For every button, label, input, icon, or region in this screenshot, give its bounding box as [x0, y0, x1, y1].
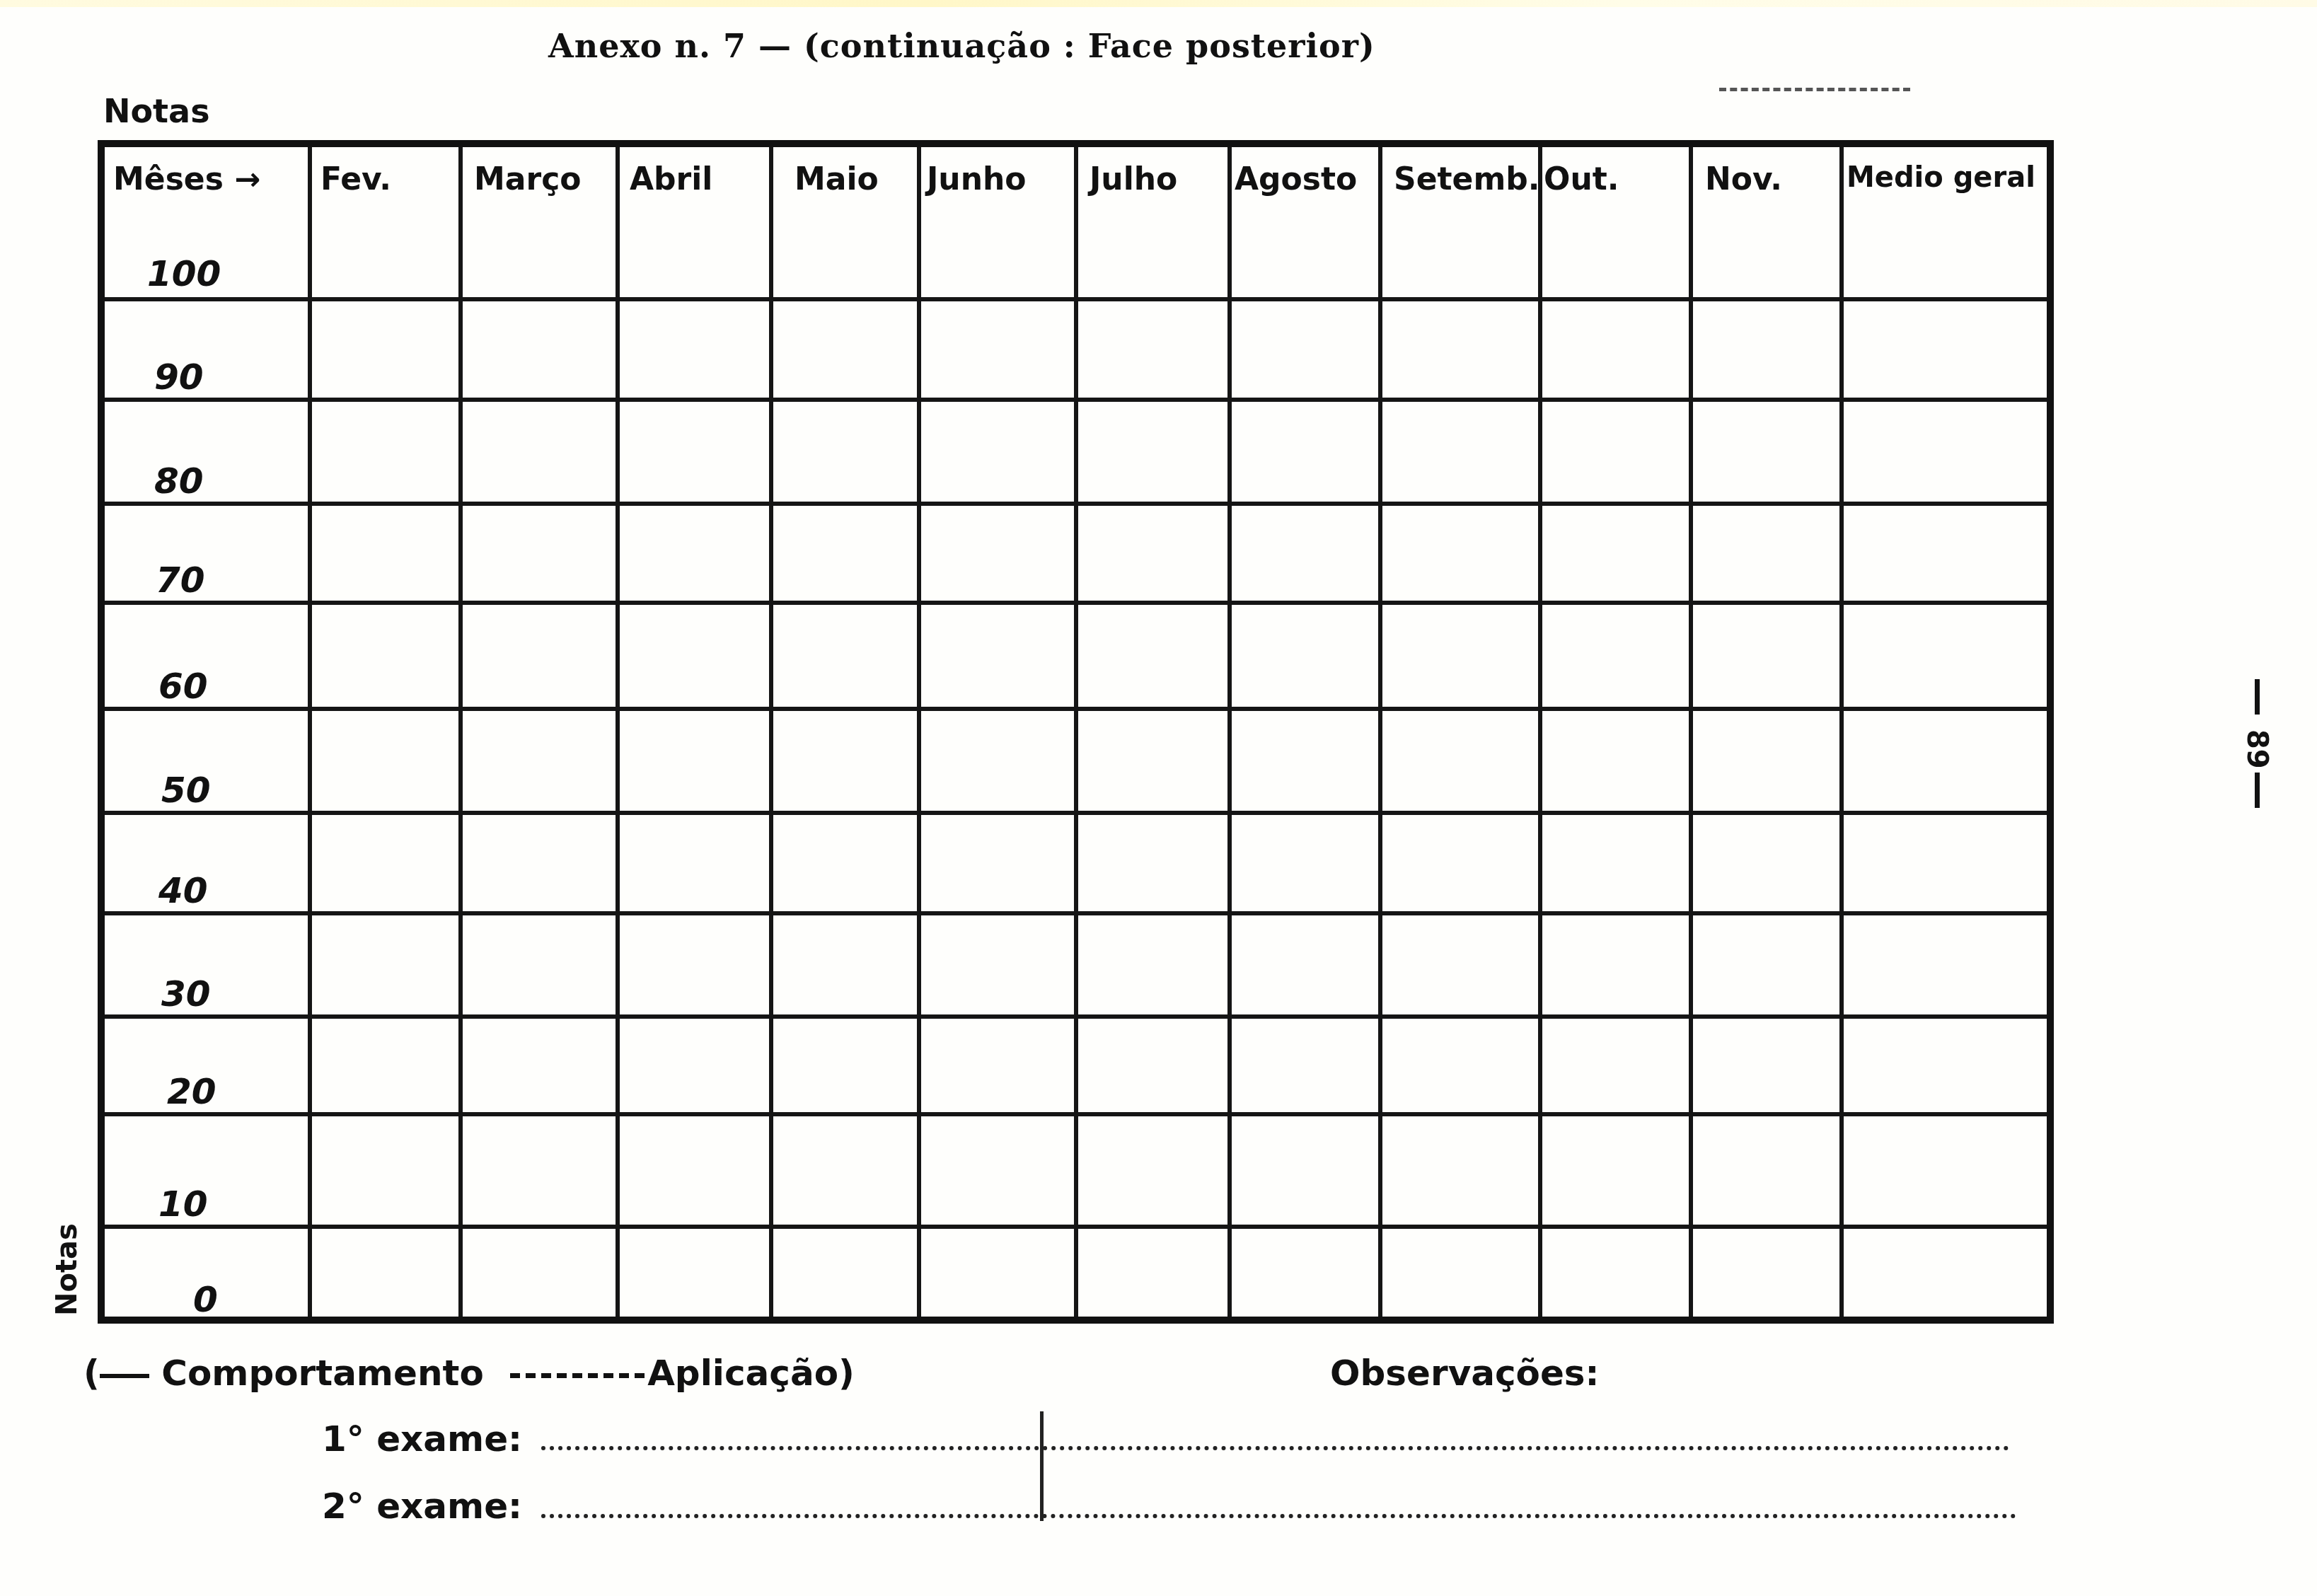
y-label-50: 50 [161, 770, 211, 811]
column-divider [1074, 147, 1078, 1317]
column-divider [458, 147, 463, 1317]
legend-comportamento: Comportamento [161, 1353, 483, 1394]
exam-divider [1040, 1411, 1044, 1521]
column-divider [769, 147, 773, 1317]
column-divider [1378, 147, 1382, 1317]
column-header-novembro: Nov. [1705, 161, 1782, 197]
column-divider [917, 147, 921, 1317]
column-header-agosto: Agosto [1235, 161, 1357, 197]
column-header-media-geral: Medio geral [1847, 161, 2035, 194]
row-line-60 [105, 707, 2047, 711]
exame1-label: 1° exame: [322, 1418, 522, 1459]
column-header-abril: Abril [630, 161, 712, 197]
row-line-100 [105, 297, 2047, 301]
row-line-10 [105, 1225, 2047, 1229]
column-divider [616, 147, 620, 1317]
row-line-70 [105, 601, 2047, 605]
legend-open-paren: ( [83, 1353, 100, 1394]
column-divider [1538, 147, 1542, 1317]
vertical-notas-label: Notas [51, 1223, 83, 1316]
exame2-fill-line[interactable] [541, 1514, 2016, 1518]
y-label-90: 90 [154, 357, 204, 398]
observacoes-label: Observações: [1330, 1353, 1600, 1394]
y-label-30: 30 [161, 973, 211, 1014]
legend: ( Comportamento Aplicação) [83, 1353, 855, 1394]
legend-aplicacao: Aplicação) [647, 1353, 855, 1394]
column-header-junho: Junho [927, 161, 1027, 197]
exame1-fill-line[interactable] [541, 1446, 2009, 1450]
column-header-fev: Fev. [320, 161, 391, 197]
row-line-50 [105, 811, 2047, 815]
column-header-marco: Março [474, 161, 582, 197]
row-line-90 [105, 398, 2047, 402]
page-number: 89 [2241, 729, 2273, 758]
y-label-100: 100 [147, 253, 221, 294]
y-label-40: 40 [158, 870, 208, 911]
solid-line-swatch [100, 1374, 149, 1378]
y-label-10: 10 [158, 1184, 208, 1225]
row-line-30 [105, 1014, 2047, 1019]
y-label-0: 0 [193, 1279, 218, 1320]
corner-header-meses: Mêses → [113, 161, 260, 197]
dashed-line-swatch [510, 1373, 645, 1378]
page-mark-dash [2255, 773, 2260, 808]
column-divider [1839, 147, 1844, 1317]
y-label-80: 80 [154, 461, 204, 502]
row-line-20 [105, 1112, 2047, 1116]
page-number-mark: 89 [2243, 679, 2271, 808]
column-header-julho: Julho [1090, 161, 1177, 197]
scan-edge-tint [0, 0, 2317, 7]
column-divider [308, 147, 312, 1317]
column-divider [1689, 147, 1693, 1317]
row-line-80 [105, 502, 2047, 506]
row-line-40 [105, 911, 2047, 915]
notas-label: Notas [103, 92, 210, 130]
page-mark-dash [2255, 679, 2260, 715]
exame2-label: 2° exame: [322, 1486, 522, 1527]
grade-chart-grid: Mêses → Fev. Março Abril Maio Junho Julh… [98, 140, 2054, 1324]
column-header-maio: Maio [795, 161, 879, 197]
y-label-20: 20 [167, 1071, 216, 1112]
column-header-setembro: Setemb. [1394, 161, 1539, 197]
column-header-outubro: Out. [1544, 161, 1619, 197]
document-title: Anexo n. 7 — (continuação : Face posteri… [548, 27, 1426, 65]
y-label-60: 60 [158, 666, 208, 707]
top-right-dash-mark [1719, 88, 1910, 91]
y-label-70: 70 [156, 560, 205, 601]
column-divider [1227, 147, 1232, 1317]
